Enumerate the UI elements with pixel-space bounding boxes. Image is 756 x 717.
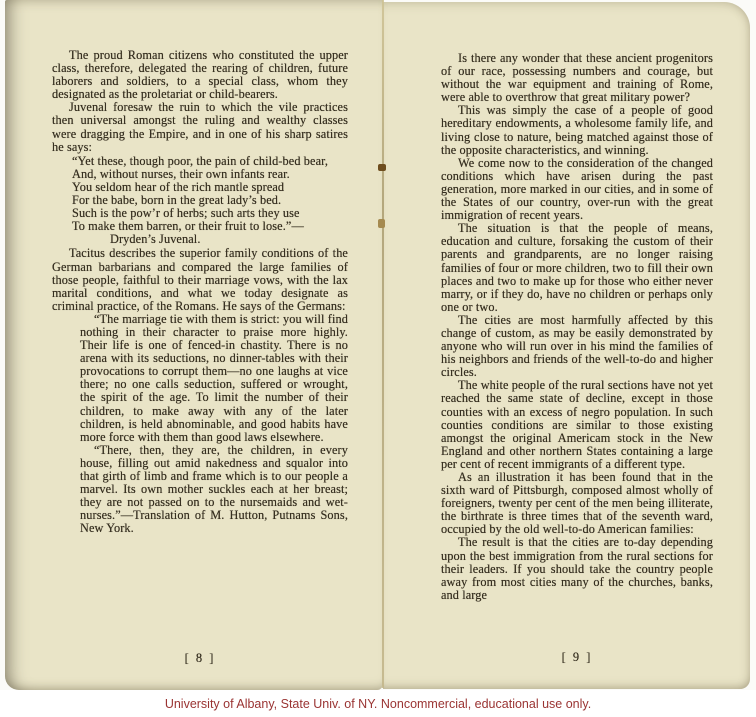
body-paragraph: As an illustration it has been found tha… [441, 471, 713, 536]
body-paragraph: The result is that the cities are to-day… [441, 536, 713, 601]
page-number-right: [ 9 ] [441, 650, 713, 665]
body-paragraph: Tacitus describes the superior family co… [52, 247, 348, 312]
page-right-text-column: Is there any wonder that these ancient p… [441, 52, 713, 602]
verse-line: To make them barren, or their fruit to l… [52, 220, 348, 246]
book-page-left: The proud Roman citizens who constituted… [5, 0, 383, 690]
binding-hole-bottom [378, 219, 385, 228]
body-paragraph: This was simply the case of a people of … [441, 104, 713, 156]
book-gutter-fold-line [382, 0, 384, 688]
book-page-right: Is there any wonder that these ancient p… [383, 2, 750, 689]
page-left-text-column: The proud Roman citizens who constituted… [52, 49, 348, 535]
attribution-caption: University of Albany, State Univ. of NY.… [165, 697, 591, 711]
verse-block: “Yet these, though poor, the pain of chi… [52, 155, 348, 247]
caption-bar: University of Albany, State Univ. of NY.… [0, 690, 756, 717]
body-paragraph: The proud Roman citizens who constituted… [52, 49, 348, 101]
body-paragraph: Is there any wonder that these ancient p… [441, 52, 713, 104]
body-paragraph: We come now to the consideration of the … [441, 157, 713, 222]
body-paragraph: The situation is that the people of mean… [441, 222, 713, 314]
body-paragraph: The white people of the rural sections h… [441, 379, 713, 471]
page-number-left: [ 8 ] [52, 651, 348, 666]
verse-line: And, without nurses, their own infants r… [52, 168, 348, 181]
block-quote: “There, then, they are, the children, in… [80, 444, 348, 536]
block-quote: “The marriage tie with them is strict: y… [80, 313, 348, 444]
body-paragraph: The cities are most harmfully affected b… [441, 314, 713, 379]
verse-line: “Yet these, though poor, the pain of chi… [52, 155, 348, 168]
body-paragraph: Juvenal foresaw the ruin to which the vi… [52, 101, 348, 153]
scanned-book-spread: The proud Roman citizens who constituted… [0, 0, 756, 717]
binding-hole-top [378, 164, 386, 171]
